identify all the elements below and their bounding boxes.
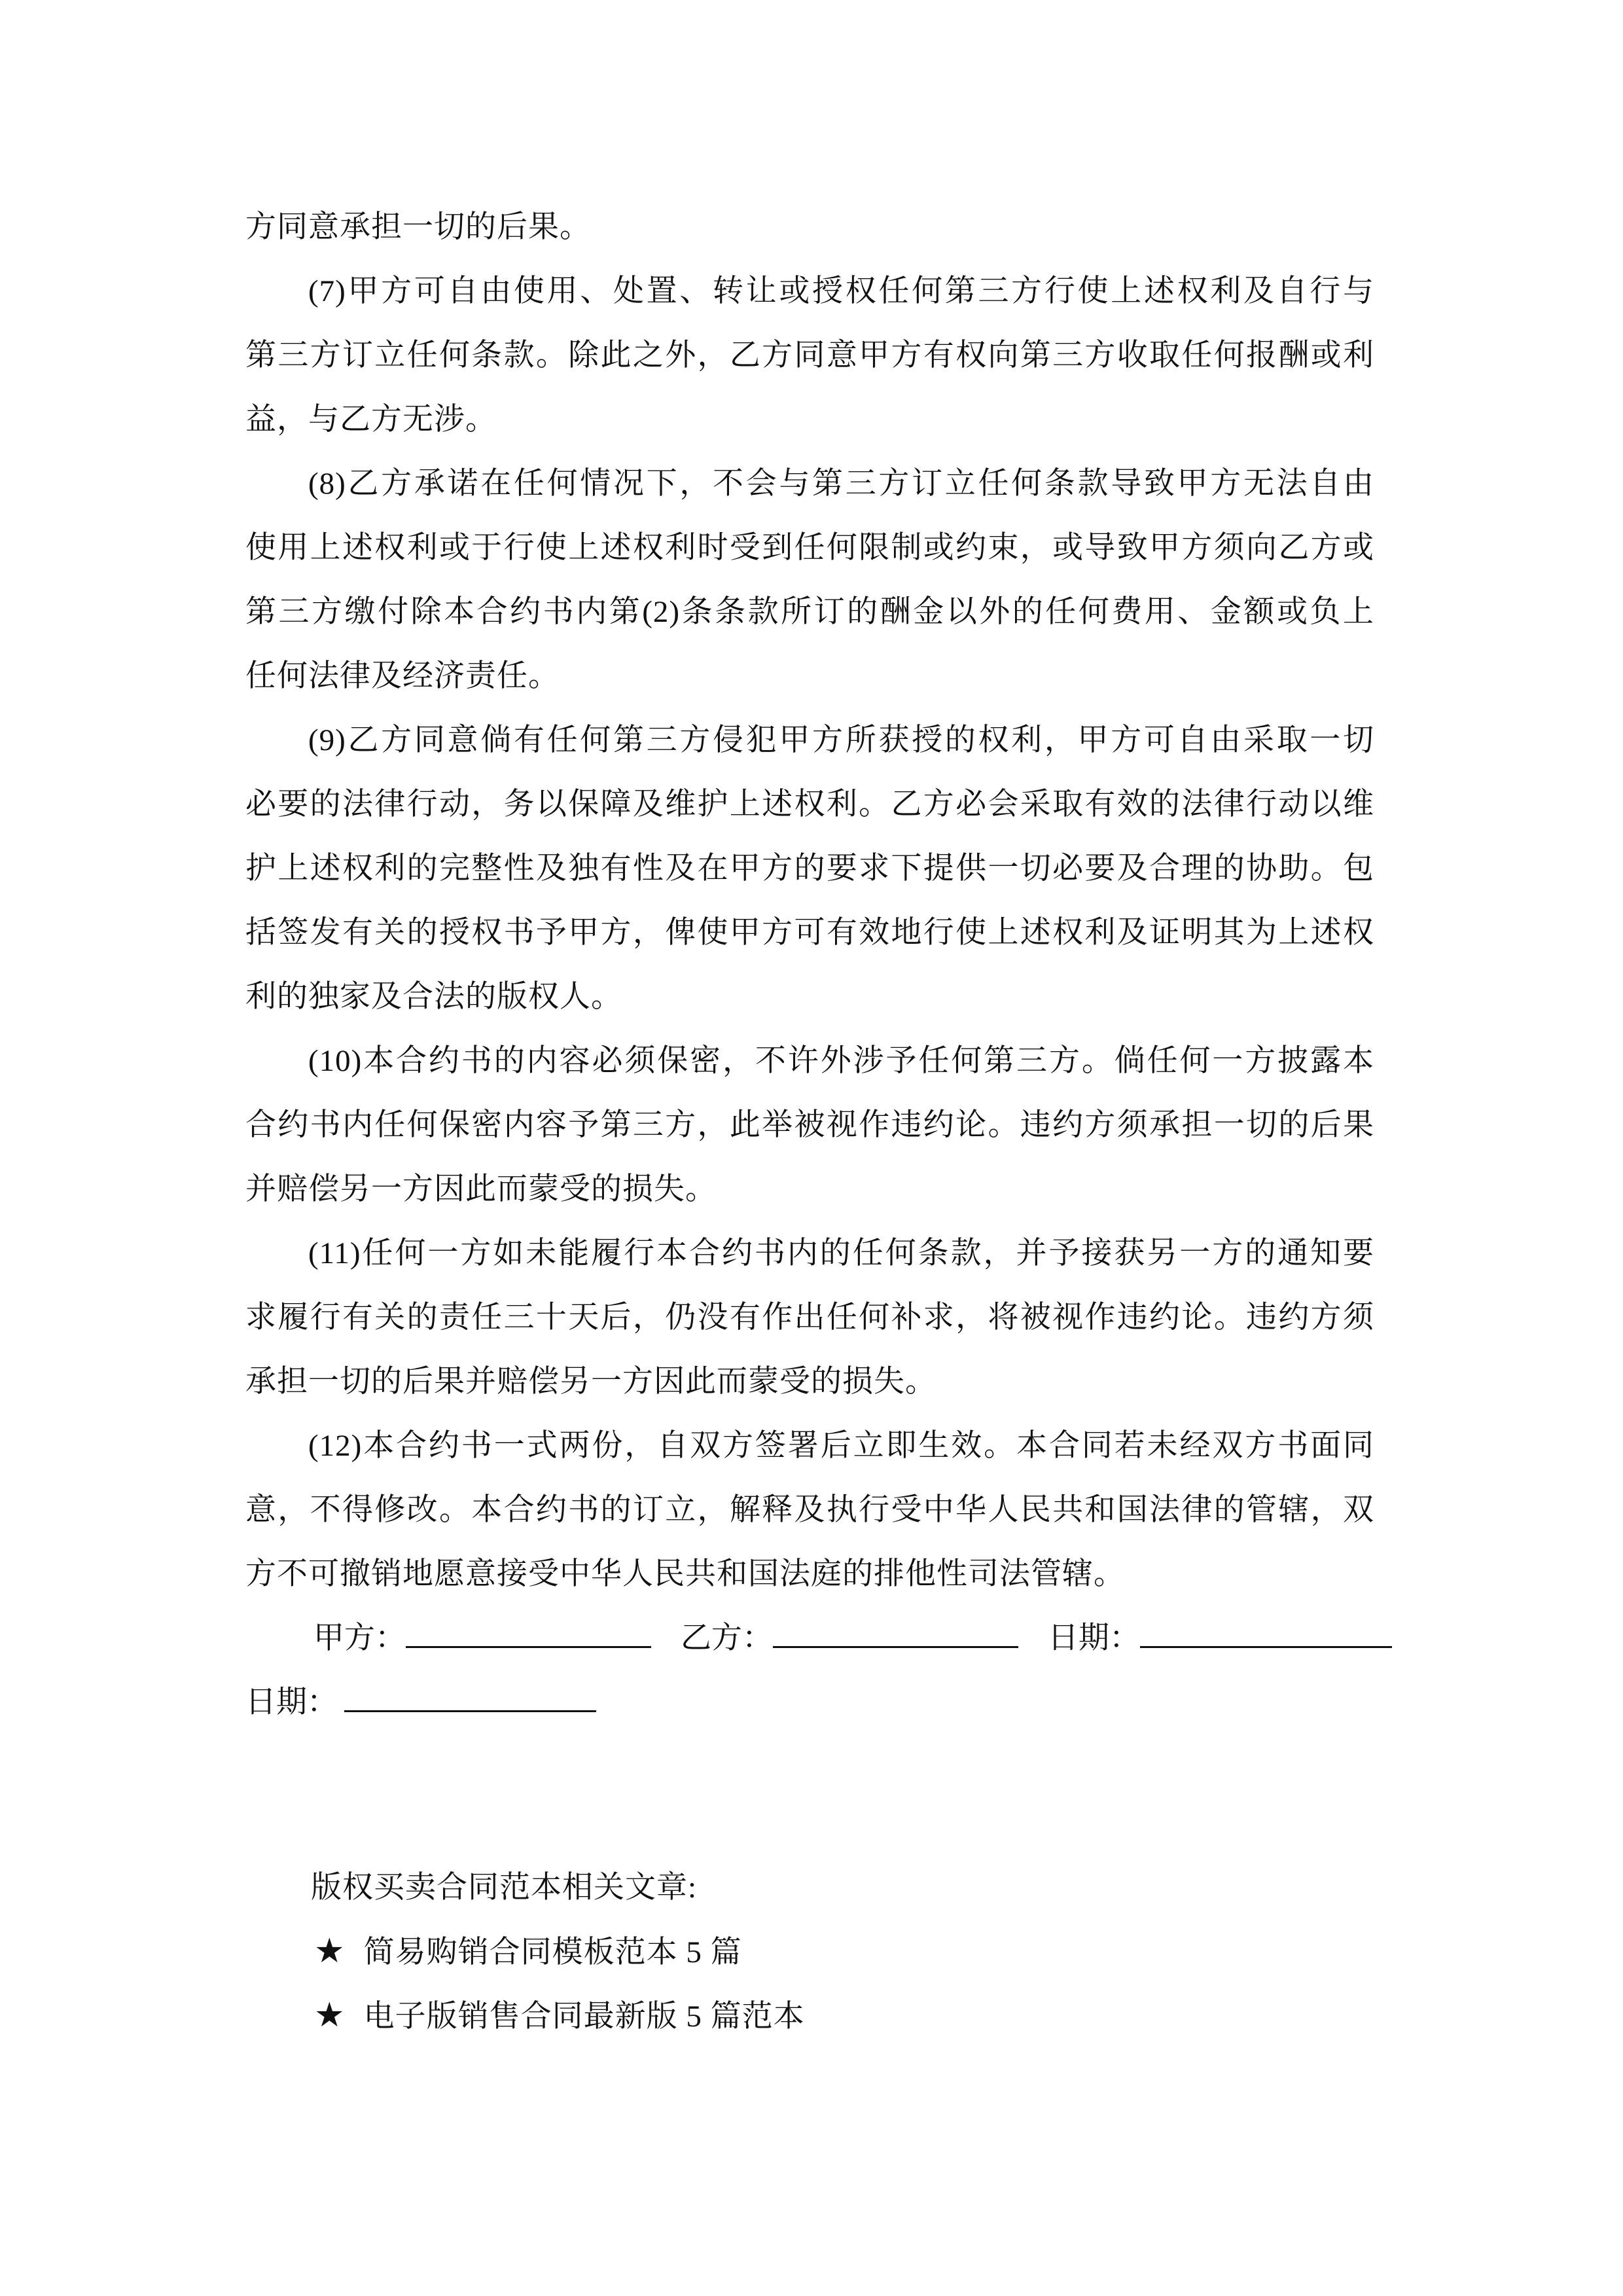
contract-line: (7)甲方可自由使用、处置、转让或授权任何第三方行使上述权利及自行与 (245, 259, 1374, 323)
contract-line: 方同意承担一切的后果。 (245, 195, 1374, 259)
related-article-item: ★简易购销合同模板范本 5 篇 (245, 1920, 1374, 1984)
party-b-label: 乙方： (681, 1621, 773, 1655)
date-row-2: 日期： (245, 1670, 1374, 1734)
related-article-item: ★电子版销售合同最新版 5 篇范本 (245, 1984, 1374, 2048)
contract-line: 方不可撤销地愿意接受中华人民共和国法庭的排他性司法管辖。 (245, 1542, 1374, 1606)
contract-line: 第三方缴付除本合约书内第(2)条条款所订的酬金以外的任何费用、金额或负上 (245, 580, 1374, 644)
party-a-label: 甲方： (313, 1621, 406, 1655)
contract-line: (10)本合约书的内容必须保密，不许外涉予任何第三方。倘任何一方披露本 (245, 1029, 1374, 1093)
contract-line: 第三方订立任何条款。除此之外，乙方同意甲方有权向第三方收取任何报酬或利 (245, 323, 1374, 387)
related-articles: 版权买卖合同范本相关文章: ★简易购销合同模板范本 5 篇 ★电子版销售合同最新… (245, 1856, 1374, 2048)
contract-line: 利的独家及合法的版权人。 (245, 965, 1374, 1029)
contract-line: 任何法律及经济责任。 (245, 644, 1374, 708)
party-b-blank-line (773, 1640, 1018, 1648)
contract-line: 合约书内任何保密内容予第三方，此举被视作违约论。违约方须承担一切的后果 (245, 1093, 1374, 1157)
contract-line: (8)乙方承诺在任何情况下，不会与第三方订立任何条款导致甲方无法自由 (245, 452, 1374, 516)
contract-line: (11)任何一方如未能履行本合约书内的任何条款，并予接获另一方的通知要 (245, 1221, 1374, 1285)
contract-page: 方同意承担一切的后果。 (7)甲方可自由使用、处置、转让或授权任何第三方行使上述… (0, 0, 1623, 2296)
contract-line: (12)本合约书一式两份，自双方签署后立即生效。本合同若未经双方书面同 (245, 1414, 1374, 1478)
contract-line: 承担一切的后果并赔偿另一方因此而蒙受的损失。 (245, 1350, 1374, 1414)
star-bullet-icon: ★ (314, 1984, 346, 2048)
related-articles-heading: 版权买卖合同范本相关文章: (245, 1856, 1374, 1920)
contract-line: (9)乙方同意倘有任何第三方侵犯甲方所获授的权利，甲方可自由采取一切 (245, 708, 1374, 772)
contract-line: 益，与乙方无涉。 (245, 387, 1374, 452)
contract-line: 并赔偿另一方因此而蒙受的损失。 (245, 1157, 1374, 1221)
related-article-title: 电子版销售合同最新版 5 篇范本 (364, 2000, 805, 2034)
related-article-title: 简易购销合同模板范本 5 篇 (364, 1935, 742, 1969)
contract-line: 意，不得修改。本合约书的订立，解释及执行受中华人民共和国法律的管辖，双 (245, 1478, 1374, 1542)
date-blank-line-2 (344, 1704, 596, 1712)
date-label: 日期： (1048, 1621, 1140, 1655)
contract-body: 方同意承担一切的后果。 (7)甲方可自由使用、处置、转让或授权任何第三方行使上述… (245, 195, 1374, 1606)
contract-line: 护上述权利的完整性及独有性及在甲方的要求下提供一切必要及合理的协助。包 (245, 836, 1374, 901)
date-blank-line (1140, 1640, 1392, 1648)
contract-line: 求履行有关的责任三十天后，仍没有作出任何补求，将被视作违约论。违约方须 (245, 1285, 1374, 1350)
contract-line: 括签发有关的授权书予甲方，俾使甲方可有效地行使上述权利及证明其为上述权 (245, 901, 1374, 965)
date-label-2: 日期： (245, 1685, 338, 1719)
star-bullet-icon: ★ (314, 1920, 346, 1984)
signature-row: 甲方：乙方：日期： (245, 1606, 1410, 1670)
party-a-blank-line (406, 1640, 651, 1648)
contract-line: 必要的法律行动，务以保障及维护上述权利。乙方必会采取有效的法律行动以维 (245, 772, 1374, 836)
contract-line: 使用上述权利或于行使上述权利时受到任何限制或约束，或导致甲方须向乙方或 (245, 516, 1374, 580)
